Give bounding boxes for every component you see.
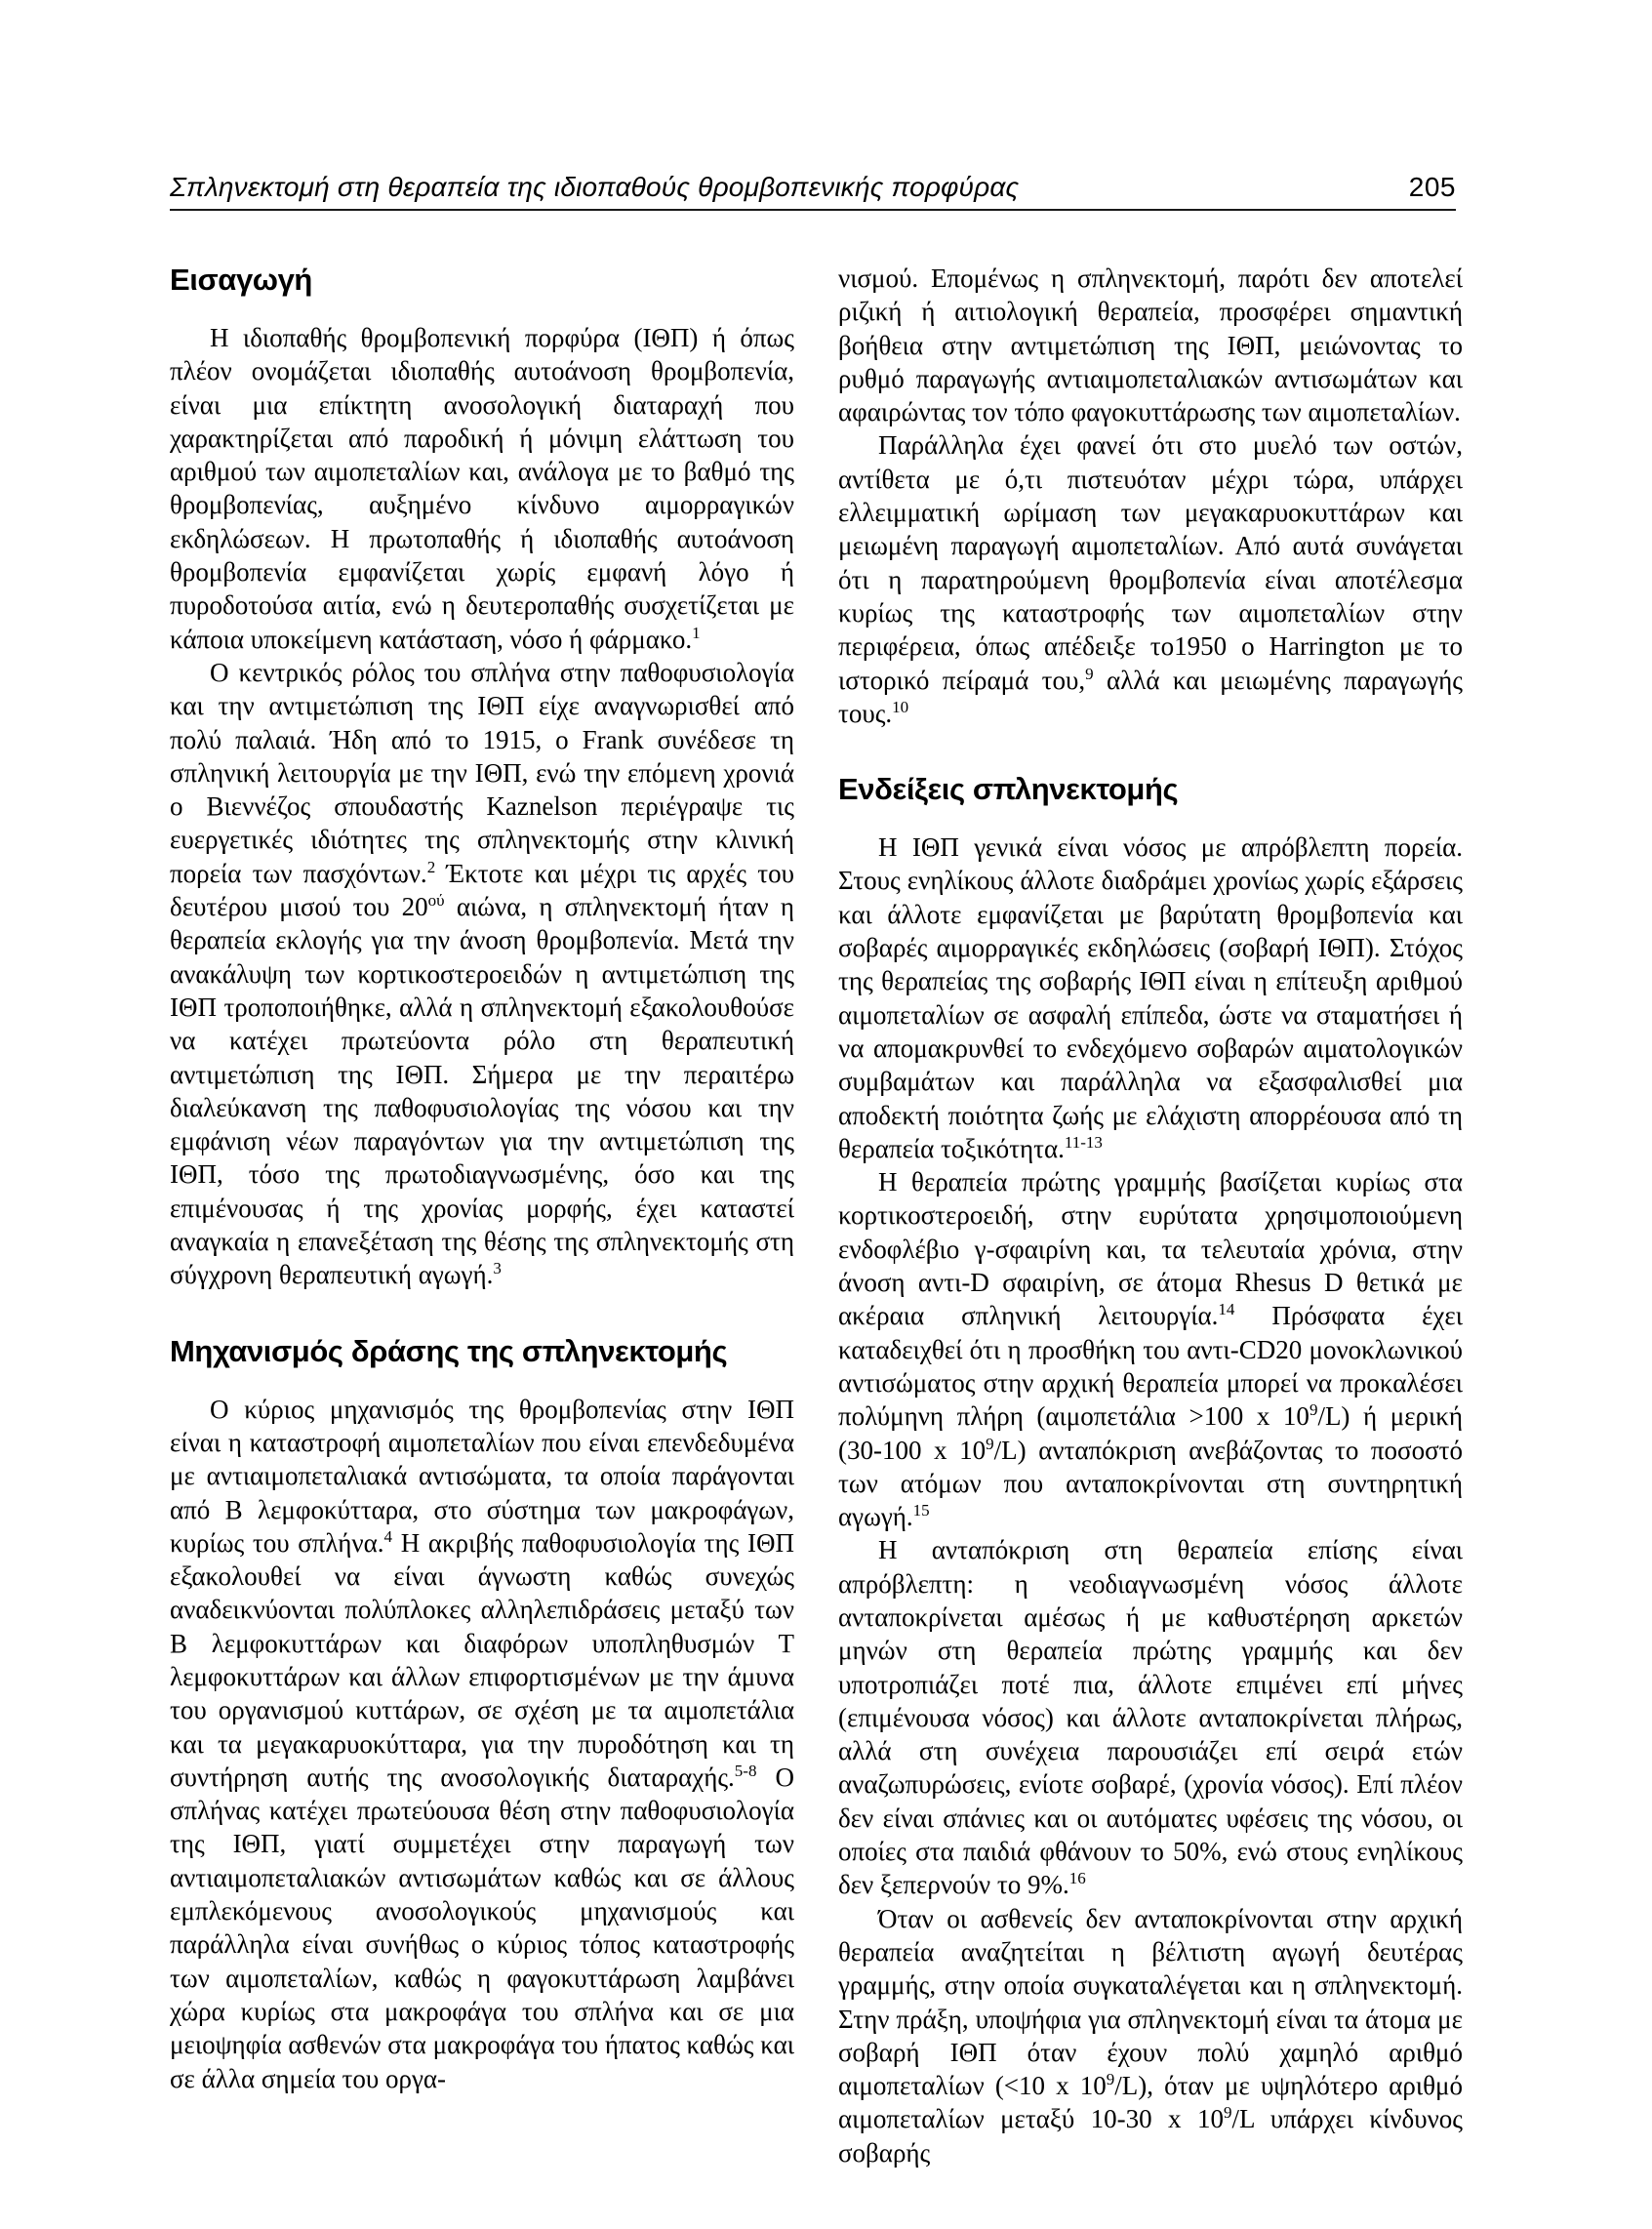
body-paragraph: Ο κεντρικός ρόλος του σπλήνα στην παθοφυ… xyxy=(170,656,794,1292)
reference-superscript: 3 xyxy=(493,1259,502,1277)
body-paragraph: Όταν οι ασθενείς δεν ανταποκρίνονται στη… xyxy=(838,1902,1463,2169)
page-number: 205 xyxy=(1409,172,1456,203)
reference-superscript: 4 xyxy=(384,1527,393,1546)
running-title: Σπληνεκτομή στη θεραπεία της ιδιοπαθούς … xyxy=(170,172,1019,203)
body-paragraph: νισμού. Επομένως η σπληνεκτομή, παρότι δ… xyxy=(838,262,1463,428)
header-rule xyxy=(170,209,1456,211)
reference-superscript: 15 xyxy=(913,1501,930,1520)
body-paragraph: Ο κύριος μηχανισμός της θρομβοπενίας στη… xyxy=(170,1393,794,2095)
section-heading: Ενδείξεις σπληνεκτομής xyxy=(838,771,1463,808)
journal-page: Σπληνεκτομή στη θεραπεία της ιδιοπαθούς … xyxy=(0,0,1652,2229)
reference-superscript: 2 xyxy=(427,858,436,876)
body-paragraph: Η ιδιοπαθής θρομβοπενική πορφύρα (ΙΘΠ) ή… xyxy=(170,321,794,656)
reference-superscript: 1 xyxy=(692,624,701,642)
body-paragraph: Η ΙΘΠ γενικά είναι νόσος με απρόβλεπτη π… xyxy=(838,831,1463,1165)
reference-superscript: 10 xyxy=(892,698,908,716)
reference-superscript: 9 xyxy=(986,1435,994,1453)
reference-superscript: 16 xyxy=(1069,1869,1086,1887)
section-heading: Εισαγωγή xyxy=(170,262,794,299)
section-heading: Μηχανισμός δράσης της σπληνεκτομής xyxy=(170,1333,794,1370)
reference-superscript: 9 xyxy=(1085,665,1094,683)
right-column: νισμού. Επομένως η σπληνεκτομή, παρότι δ… xyxy=(838,262,1463,2169)
page-header: Σπληνεκτομή στη θεραπεία της ιδιοπαθούς … xyxy=(170,172,1456,203)
body-paragraph: Η ανταπόκριση στη θεραπεία επίσης είναι … xyxy=(838,1533,1463,1901)
reference-superscript: ού xyxy=(428,891,445,910)
reference-superscript: 11-13 xyxy=(1065,1133,1103,1152)
two-column-article-body: ΕισαγωγήΗ ιδιοπαθής θρομβοπενική πορφύρα… xyxy=(170,262,1463,2169)
reference-superscript: 9 xyxy=(1107,2070,1115,2088)
reference-superscript: 5-8 xyxy=(735,1762,757,1780)
reference-superscript: 9 xyxy=(1310,1400,1318,1419)
reference-superscript: 14 xyxy=(1218,1300,1234,1318)
body-paragraph: Η θεραπεία πρώτης γραμμής βασίζεται κυρί… xyxy=(838,1165,1463,1533)
left-column: ΕισαγωγήΗ ιδιοπαθής θρομβοπενική πορφύρα… xyxy=(170,262,794,2169)
reference-superscript: 9 xyxy=(1224,2103,1232,2122)
body-paragraph: Παράλληλα έχει φανεί ότι στο μυελό των ο… xyxy=(838,428,1463,730)
